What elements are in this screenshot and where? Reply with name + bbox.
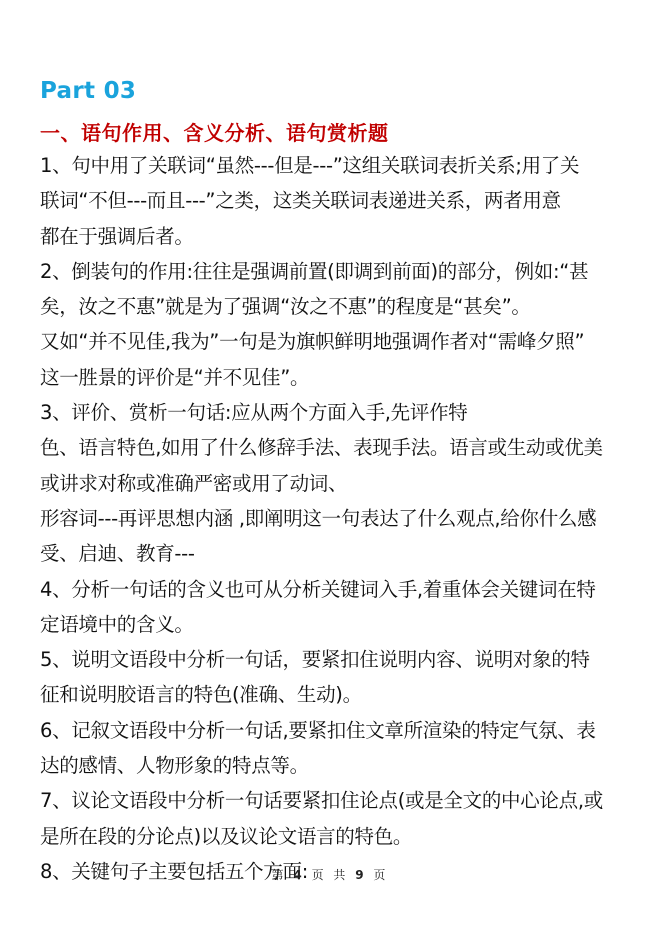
text-line: 色、语言特色,如用了什么修辞手法、表现手法。语言或生动或优美 [40,430,630,465]
body-text: 1、句中用了关联词“虽然---但是---”这组关联词表折关系;用了关 联词“不但… [40,148,630,889]
text-line: 征和说明胶语言的特色(准确、生动)。 [40,677,630,712]
text-line: 1、句中用了关联词“虽然---但是---”这组关联词表折关系;用了关 [40,148,630,183]
text-line: 3、评价、赏析一句话:应从两个方面入手,先评作特 [40,395,630,430]
text-line: 这一胜景的评价是“并不见佳”。 [40,360,630,395]
document-page: Part 03 一、语句作用、含义分析、语句赏析题 1、句中用了关联词“虽然--… [0,0,660,934]
current-page-number: 4 [293,868,304,882]
text-line: 联词“不但---而且---”之类，这类关联词表递进关系，两者用意 [40,183,630,218]
part-title: Part 03 [40,78,136,104]
text-line: 2、倒装句的作用:往往是强调前置(即调到前面)的部分，例如:“甚 [40,254,630,289]
text-line: 受、启迪、教育--- [40,536,630,571]
text-line: 形容词---再评思想内涵 ,即阐明这一句表达了什么观点,给你什么感 [40,501,630,536]
text-line: 5、说明文语段中分析一句话，要紧扣住说明内容、说明对象的特 [40,642,630,677]
section-heading: 一、语句作用、含义分析、语句赏析题 [40,117,389,146]
page-footer: 第 4 页 共 9 页 [0,866,660,883]
text-line: 4、分析一句话的含义也可从分析关键词入手,着重体会关键词在特 [40,572,630,607]
text-line: 是所在段的分论点)以及议论文语言的特色。 [40,819,630,854]
total-pages-number: 9 [355,868,366,882]
text-line: 7、议论文语段中分析一句话要紧扣住论点(或是全文的中心论点,或 [40,783,630,818]
text-line: 都在于强调后者。 [40,219,630,254]
text-line: 达的感情、人物形象的特点等。 [40,748,630,783]
text-line: 6、记叙文语段中分析一句话,要紧扣住文章所渲染的特定气氛、表 [40,713,630,748]
footer-middle: 页 共 [312,868,349,882]
text-line: 定语境中的含义。 [40,607,630,642]
footer-suffix: 页 [373,868,388,882]
text-line: 矣，汝之不惠”就是为了强调“汝之不惠”的程度是“甚矣”。 [40,289,630,324]
footer-prefix: 第 [272,868,287,882]
text-line: 又如“并不见佳,我为”一句是为旗帜鲜明地强调作者对“需峰夕照” [40,324,630,359]
text-line: 或讲求对称或准确严密或用了动词、 [40,466,630,501]
